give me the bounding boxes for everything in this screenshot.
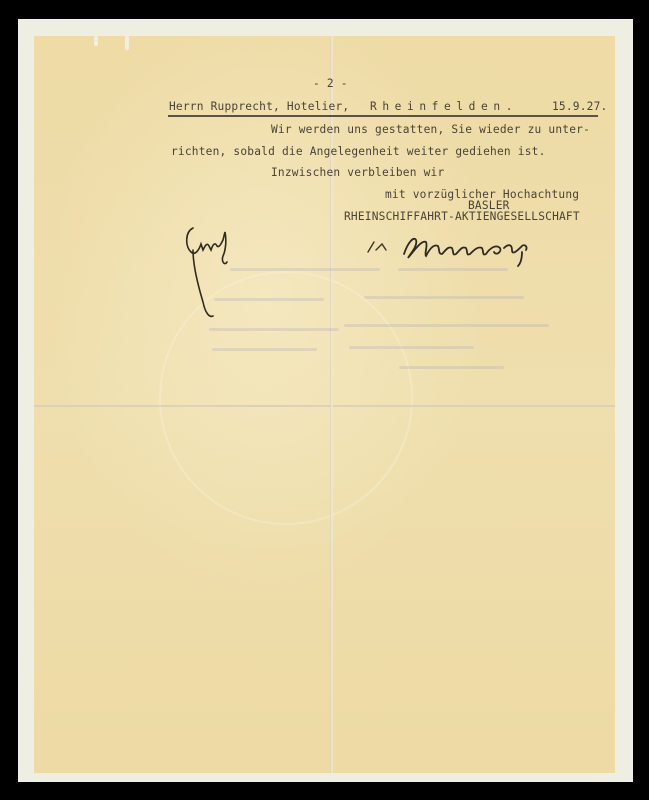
signature-icon [364,228,594,268]
paper-tear-mark [125,36,129,50]
company-name-line2: RHEINSCHIFFAHRT-AKTIENGESELLSCHAFT [344,210,580,223]
signature-icon [179,222,239,322]
page-number: - 2 - [313,77,348,90]
body-line: richten, sobald die Angelegenheit weiter… [171,145,546,158]
paper-tear-mark [94,36,98,46]
body-line: Inzwischen verbleiben wir [271,166,444,179]
horizontal-fold-line [34,405,615,407]
body-line: Wir werden uns gestatten, Sie wieder zu … [271,123,590,136]
addressee: Herrn Rupprecht, Hotelier, [169,100,349,113]
header-underline [168,115,598,117]
place-name: Rheinfelden. [370,100,518,113]
letter-page: - 2 - Herrn Rupprecht, Hotelier, Rheinfe… [34,36,615,773]
letter-date: 15.9.27. [552,100,607,113]
